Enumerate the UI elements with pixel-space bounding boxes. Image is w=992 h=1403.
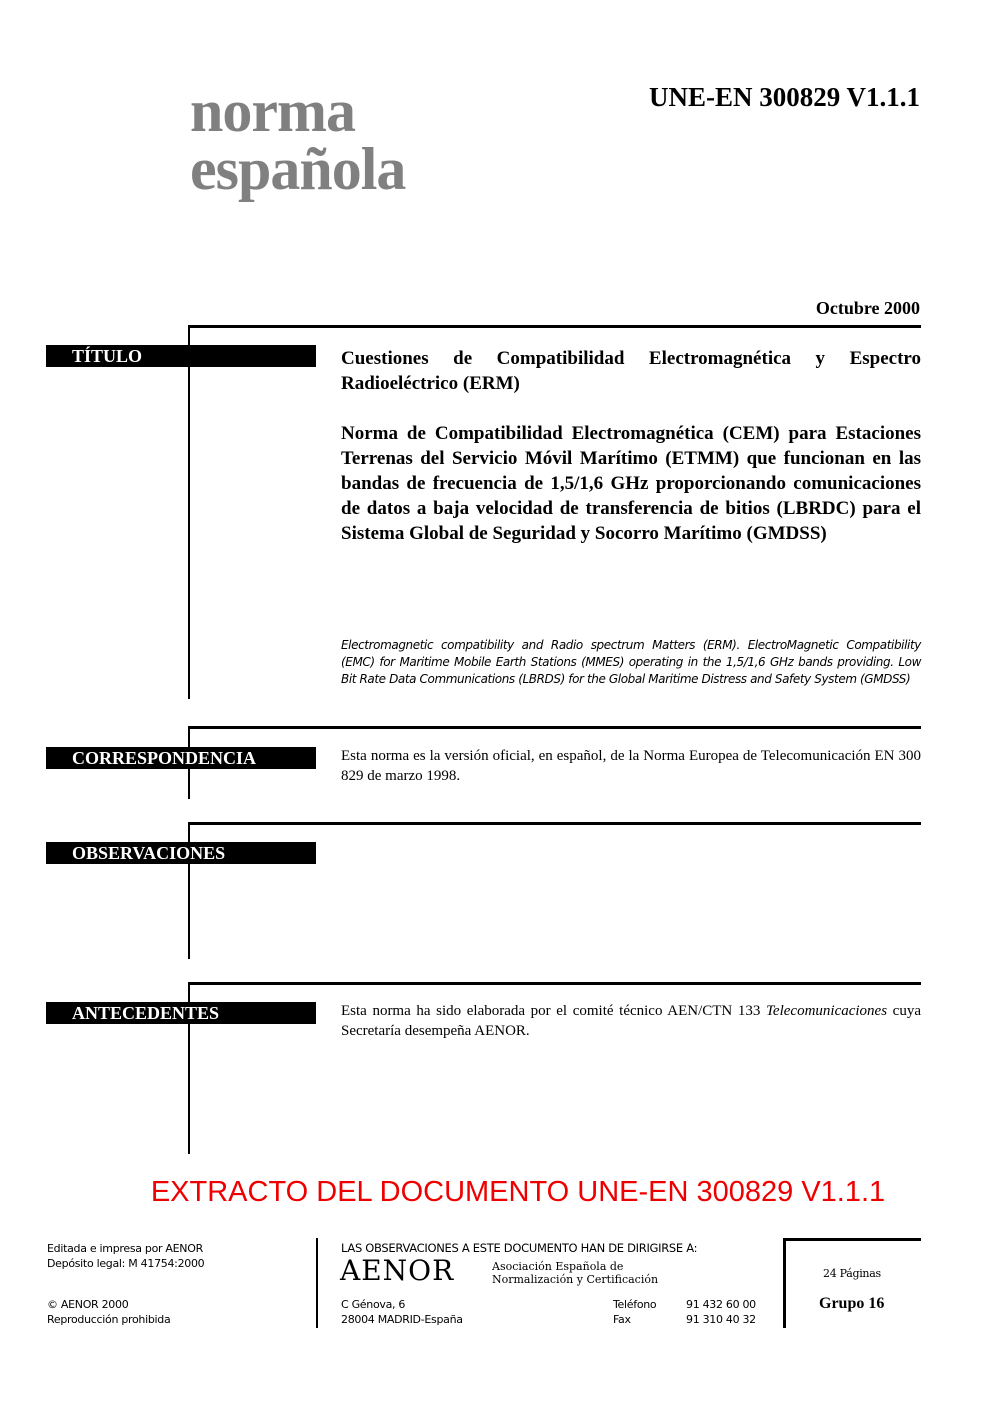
section-divider xyxy=(188,822,921,825)
publication-date: Octubre 2000 xyxy=(816,298,920,319)
brand-title: norma española xyxy=(190,82,405,198)
label-titulo: TÍTULO xyxy=(46,345,316,367)
footer-box-top-rule xyxy=(783,1238,921,1241)
city-address: 28004 MADRID-España xyxy=(341,1312,463,1327)
footer-box-left-rule xyxy=(783,1238,786,1328)
footer-publisher: Editada e impresa por AENOR Depósito leg… xyxy=(47,1241,204,1271)
title-spanish-1: Cuestiones de Compatibilidad Electromagn… xyxy=(341,346,921,396)
section-divider xyxy=(188,982,921,985)
footer-phone-values: 91 432 60 00 91 310 40 32 xyxy=(686,1297,756,1327)
aenor-logo: AENOR xyxy=(340,1254,454,1287)
brand-line-1: norma xyxy=(190,82,405,140)
label-correspondencia: CORRESPONDENCIA xyxy=(46,747,316,769)
footer-address: C Génova, 6 28004 MADRID-España xyxy=(341,1297,463,1327)
antecedentes-text-start: Esta norma ha sido elaborada por el comi… xyxy=(341,1003,766,1019)
price-group: Grupo 16 xyxy=(819,1295,884,1313)
page-count: 24 Páginas xyxy=(823,1266,881,1281)
section-divider xyxy=(188,325,921,328)
reproduction-notice: Reproducción prohibida xyxy=(47,1312,170,1327)
footer-copyright: © AENOR 2000 Reproducción prohibida xyxy=(47,1297,170,1327)
street-address: C Génova, 6 xyxy=(341,1297,463,1312)
footer-phone-labels: Teléfono Fax xyxy=(613,1297,656,1327)
aenor-association-name: Asociación Española de Normalización y C… xyxy=(492,1260,658,1286)
publisher-line: Editada e impresa por AENOR xyxy=(47,1241,204,1256)
brand-line-2: española xyxy=(190,140,405,198)
legal-deposit: Depósito legal: M 41754:2000 xyxy=(47,1256,204,1271)
section-vertical-rule xyxy=(188,325,190,699)
antecedentes-text: Esta norma ha sido elaborada por el comi… xyxy=(341,1001,921,1041)
label-observaciones: OBSERVACIONES xyxy=(46,842,316,864)
title-english: Electromagnetic compatibility and Radio … xyxy=(341,637,921,688)
copyright: © AENOR 2000 xyxy=(47,1297,170,1312)
extract-watermark: EXTRACTO DEL DOCUMENTO UNE-EN 300829 V1.… xyxy=(0,1176,992,1209)
phone-number: 91 432 60 00 xyxy=(686,1297,756,1312)
fax-number: 91 310 40 32 xyxy=(686,1312,756,1327)
assoc-line-2: Normalización y Certificación xyxy=(492,1273,658,1286)
correspondencia-text: Esta norma es la versión oficial, en esp… xyxy=(341,746,921,786)
label-antecedentes: ANTECEDENTES xyxy=(46,1002,316,1024)
standard-code: UNE-EN 300829 V1.1.1 xyxy=(649,82,920,113)
committee-name: Telecomunicaciones xyxy=(766,1003,887,1019)
fax-label: Fax xyxy=(613,1312,656,1327)
phone-label: Teléfono xyxy=(613,1297,656,1312)
assoc-line-1: Asociación Española de xyxy=(492,1260,658,1273)
title-spanish-2: Norma de Compatibilidad Electromagnética… xyxy=(341,421,921,546)
footer-divider xyxy=(316,1238,318,1328)
section-divider xyxy=(188,726,921,729)
